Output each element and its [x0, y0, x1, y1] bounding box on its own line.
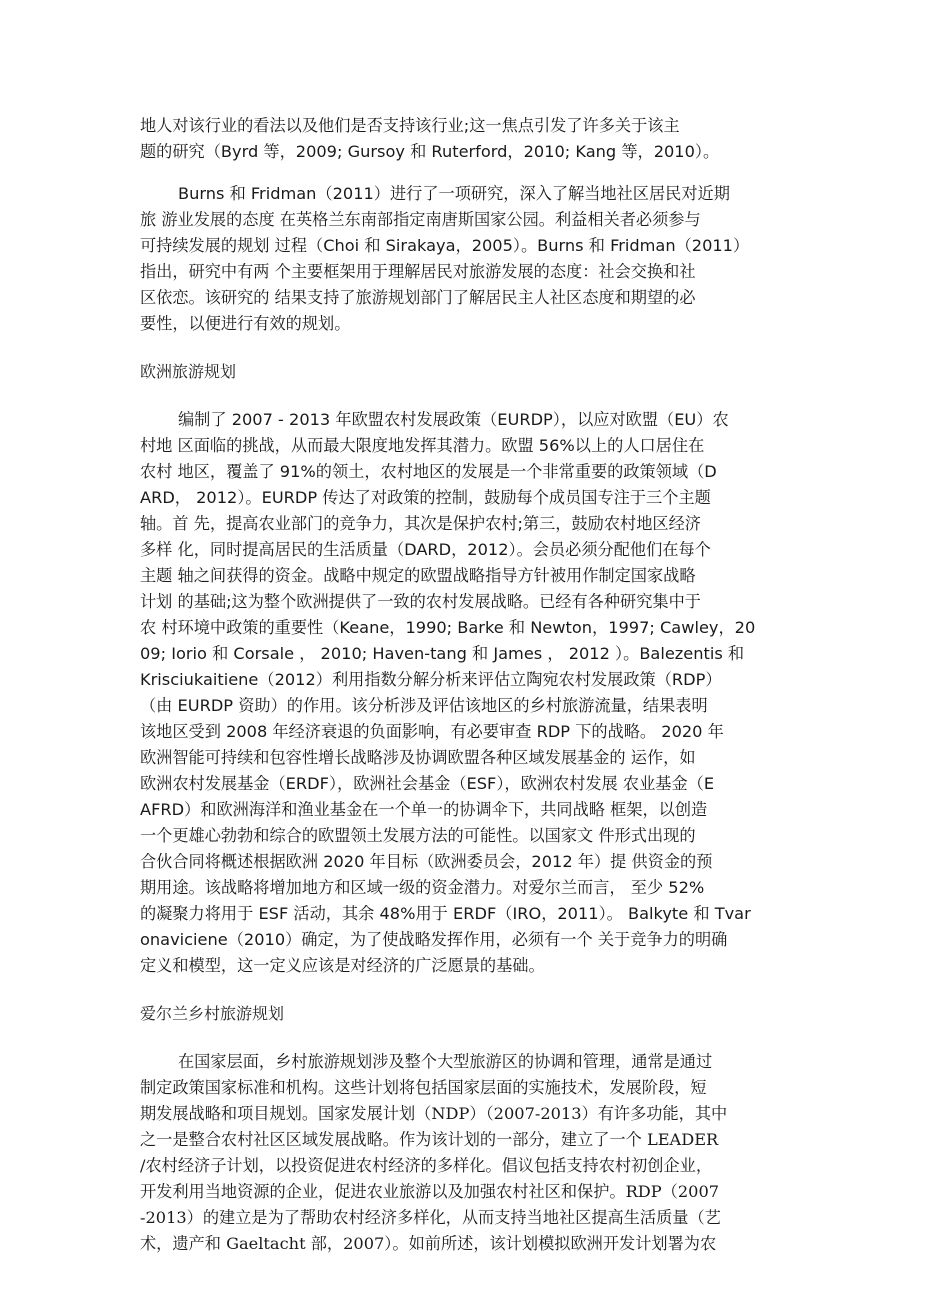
text-line: （由 EURDP 资助）的作用。该分析涉及评估该地区的乡村旅游流量，结果表明	[140, 693, 788, 719]
paragraph-burns-fridman: Burns 和 Fridman（2011）进行了一项研究，深入了解当地社区居民对…	[140, 181, 788, 337]
text-line: 要性，以便进行有效的规划。	[140, 311, 788, 337]
text-line: 一个更雄心勃勃和综合的欧盟领土发展方法的可能性。以国家文 件形式出现的	[140, 823, 788, 849]
paragraph-ireland-national-level: 在国家层面，乡村旅游规划涉及整个大型旅游区的协调和管理，通常是通过 制定政策国家…	[140, 1049, 788, 1257]
text-line: 合伙合同将概述根据欧洲 2020 年目标（欧洲委员会，2012 年）提 供资金的…	[140, 849, 788, 875]
paragraph-gap	[140, 1027, 788, 1049]
text-line: 该地区受到 2008 年经济衰退的负面影响，有必要审查 RDP 下的战略。 20…	[140, 719, 788, 745]
text-line: 术，遗产和 Gaeltacht 部，2007）。如前所述，该计划模拟欧洲开发计划…	[140, 1231, 788, 1257]
text-line: 计划 的基础;这为整个欧洲提供了一致的农村发展战略。已经有各种研究集中于	[140, 589, 788, 615]
paragraph-gap	[140, 385, 788, 407]
text-line: 主题 轴之间获得的资金。战略中规定的欧盟战略指导方针被用作制定国家战略	[140, 563, 788, 589]
section-heading-ireland-rural-tourism-planning: 爱尔兰乡村旅游规划	[140, 1001, 788, 1027]
text-line: 开发利用当地资源的企业，促进农业旅游以及加强农村社区和保护。RDP（2007	[140, 1179, 788, 1205]
text-line: 的凝聚力将用于 ESF 活动，其余 48%用于 ERDF（IRO，2011）。 …	[140, 901, 788, 927]
text-line: ARD， 2012）。EURDP 传达了对政策的控制，鼓励每个成员国专注于三个主…	[140, 485, 788, 511]
text-line: 可持续发展的规划 过程（Choi 和 Sirakaya，2005）。Burns …	[140, 233, 788, 259]
text-line: 题的研究（Byrd 等，2009; Gursoy 和 Ruterford，201…	[140, 139, 788, 165]
text-line: 轴。首 先，提高农业部门的竞争力，其次是保护农村;第三，鼓励农村地区经济	[140, 511, 788, 537]
paragraph-gap	[140, 337, 788, 359]
text-line: 区依恋。该研究的 结果支持了旅游规划部门了解居民主人社区态度和期望的必	[140, 285, 788, 311]
text-line: 欧洲农村发展基金（ERDF），欧洲社会基金（ESF），欧洲农村发展 农业基金（E	[140, 771, 788, 797]
text-line: /农村经济子计划，以投资促进农村经济的多样化。倡议包括支持农村初创企业，	[140, 1153, 788, 1179]
text-line: 09; Iorio 和 Corsale ， 2010; Haven-tang 和…	[140, 641, 788, 667]
text-line: onaviciene（2010）确定，为了使战略发挥作用，必须有一个 关于竞争力…	[140, 927, 788, 953]
paragraph-gap	[140, 979, 788, 1001]
text-line: Krisciukaitiene（2012）利用指数分解分析来评估立陶宛农村发展政…	[140, 667, 788, 693]
text-line: 期用途。该战略将增加地方和区域一级的资金潜力。对爱尔兰而言， 至少 52%	[140, 875, 788, 901]
text-line: 旅 游业发展的态度 在英格兰东南部指定南唐斯国家公园。利益相关者必须参与	[140, 207, 788, 233]
paragraph-eurdp: 编制了 2007 - 2013 年欧盟农村发展政策（EURDP），以应对欧盟（E…	[140, 407, 788, 979]
text-line: -2013）的建立是为了帮助农村经济多样化，从而支持当地社区提高生活质量（艺	[140, 1205, 788, 1231]
text-line: 欧洲智能可持续和包容性增长战略涉及协调欧盟各种区域发展基金的 运作，如	[140, 745, 788, 771]
text-line: 制定政策国家标准和机构。这些计划将包括国家层面的实施技术，发展阶段，短	[140, 1075, 788, 1101]
text-line: 农 村环境中政策的重要性（Keane，1990; Barke 和 Newton，…	[140, 615, 788, 641]
text-line: 之一是整合农村社区区域发展战略。作为该计划的一部分，建立了一个 LEADER	[140, 1127, 788, 1153]
text-line: 地人对该行业的看法以及他们是否支持该行业;这一焦点引发了许多关于该主	[140, 113, 788, 139]
text-line: 定义和模型，这一定义应该是对经济的广泛愿景的基础。	[140, 953, 788, 979]
text-line: Burns 和 Fridman（2011）进行了一项研究，深入了解当地社区居民对…	[140, 181, 788, 207]
text-line: 村地 区面临的挑战，从而最大限度地发挥其潜力。欧盟 56%以上的人口居住在	[140, 433, 788, 459]
text-line: 指出，研究中有两 个主要框架用于理解居民对旅游发展的态度：社会交换和社	[140, 259, 788, 285]
text-line: 期发展战略和项目规划。国家发展计划（NDP）（2007-2013）有许多功能，其…	[140, 1101, 788, 1127]
section-heading-european-tourism-planning: 欧洲旅游规划	[140, 359, 788, 385]
text-line: 编制了 2007 - 2013 年欧盟农村发展政策（EURDP），以应对欧盟（E…	[140, 407, 788, 433]
document-page: 地人对该行业的看法以及他们是否支持该行业;这一焦点引发了许多关于该主 题的研究（…	[140, 113, 788, 1257]
paragraph-gap	[140, 165, 788, 181]
text-line: AFRD）和欧洲海洋和渔业基金在一个单一的协调伞下，共同战略 框架，以创造	[140, 797, 788, 823]
text-line: 在国家层面，乡村旅游规划涉及整个大型旅游区的协调和管理，通常是通过	[140, 1049, 788, 1075]
paragraph-intro-continuation: 地人对该行业的看法以及他们是否支持该行业;这一焦点引发了许多关于该主 题的研究（…	[140, 113, 788, 165]
text-line: 多样 化，同时提高居民的生活质量（DARD，2012）。会员必须分配他们在每个	[140, 537, 788, 563]
text-line: 农村 地区，覆盖了 91%的领土，农村地区的发展是一个非常重要的政策领域（D	[140, 459, 788, 485]
